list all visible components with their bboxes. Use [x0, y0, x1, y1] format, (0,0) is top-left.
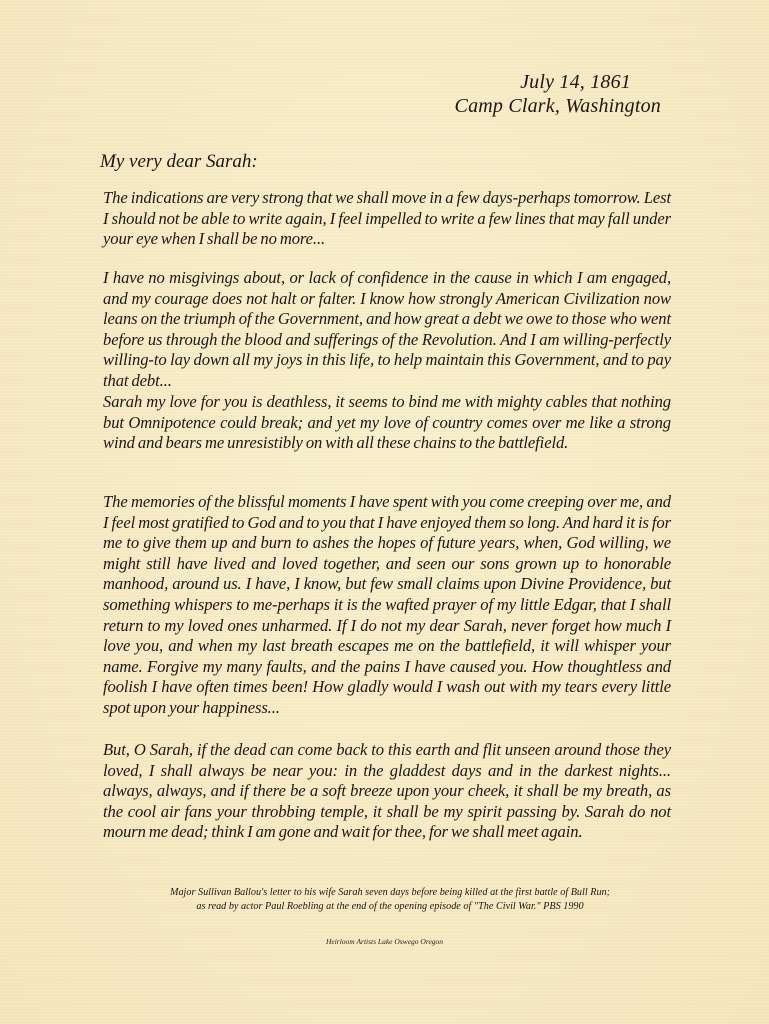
- letter-place: Camp Clark, Washington: [455, 94, 661, 118]
- salutation: My very dear Sarah:: [100, 150, 258, 174]
- dateline: July 14, 1861 Camp Clark, Washington: [455, 70, 661, 118]
- paragraph: Sarah my love for you is deathless, it s…: [103, 392, 671, 454]
- paragraph: I have no misgivings about, or lack of c…: [103, 268, 671, 392]
- publisher-imprint: Heirloom Artists Lake Oswego Oregon: [0, 937, 769, 947]
- paragraph: The memories of the blissful moments I h…: [103, 492, 671, 719]
- paragraph: But, O Sarah, if the dead can come back …: [103, 740, 671, 843]
- attribution-line: as read by actor Paul Roebling at the en…: [95, 900, 685, 914]
- paragraph: The indications are very strong that we …: [103, 188, 671, 250]
- letter-sheet: July 14, 1861 Camp Clark, Washington My …: [0, 0, 769, 1024]
- attribution-note: Major Sullivan Ballou's letter to his wi…: [95, 886, 685, 914]
- letter-date: July 14, 1861: [455, 70, 631, 94]
- attribution-line: Major Sullivan Ballou's letter to his wi…: [95, 886, 685, 900]
